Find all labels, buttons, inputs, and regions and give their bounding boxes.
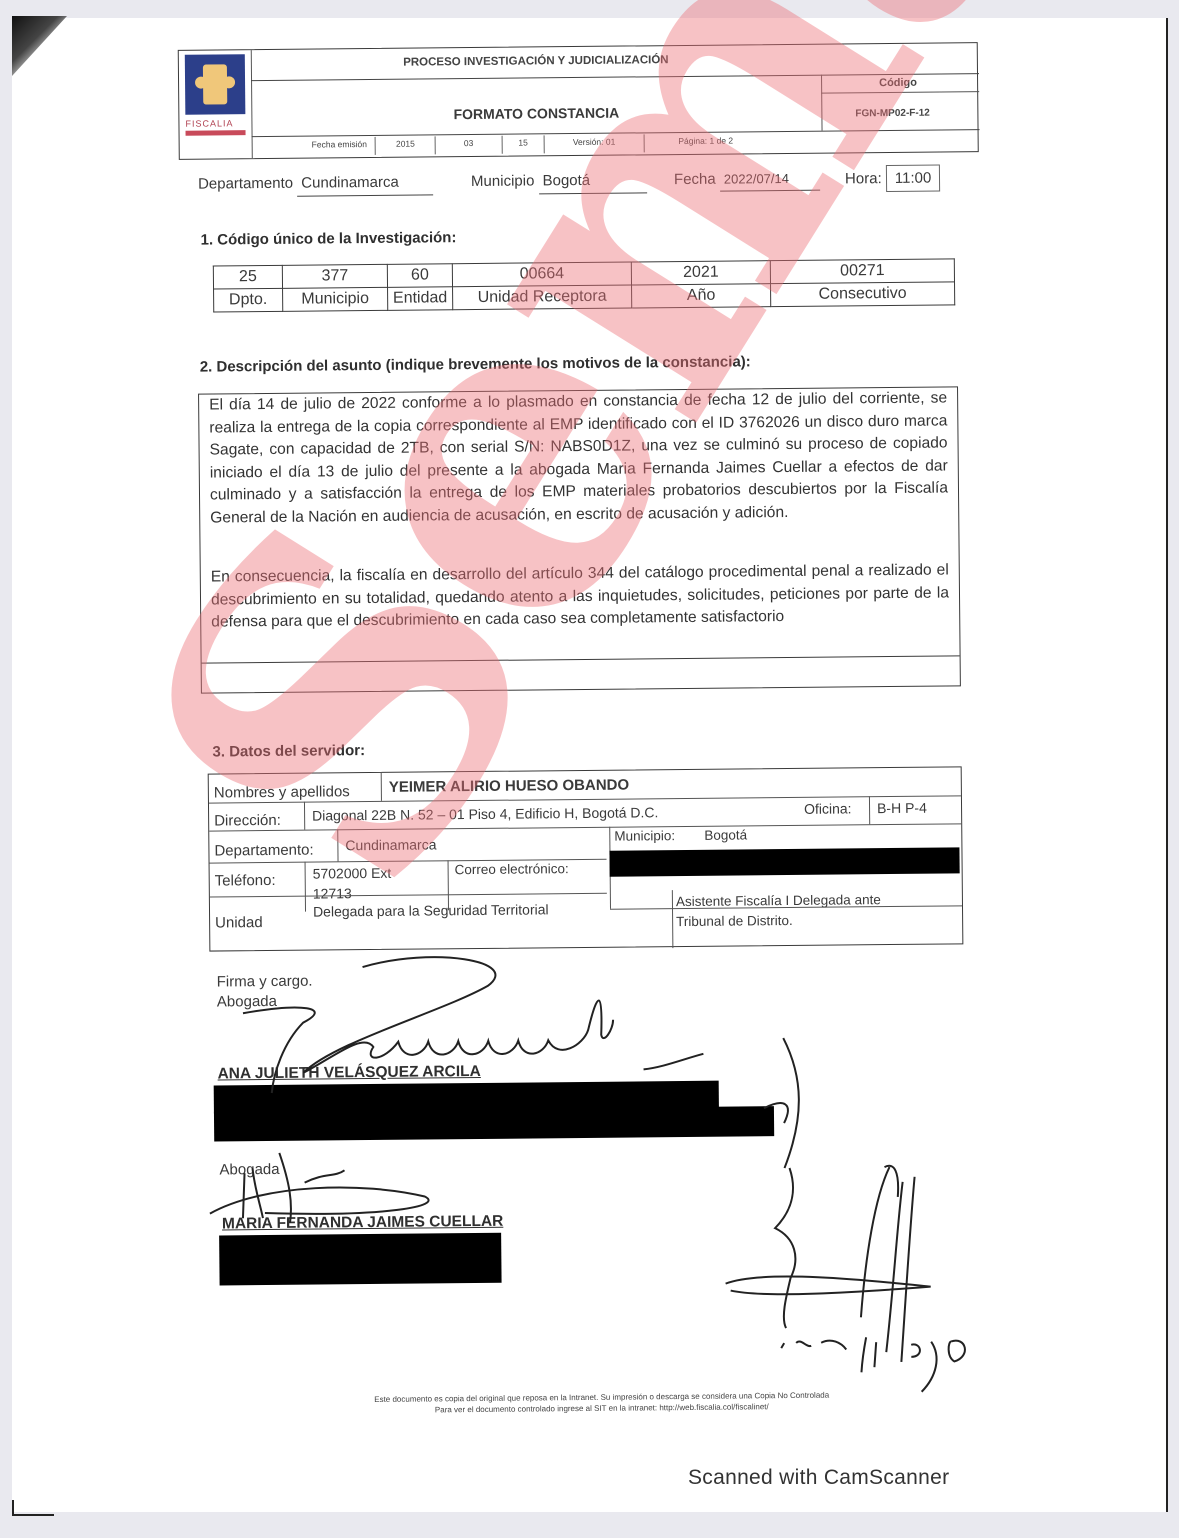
document: FISCALIA PROCESO INVESTIGACIÓN Y JUDICIA…: [0, 0, 1179, 1538]
handwritten-signatures: [0, 0, 1179, 1538]
scanner-label: Scanned with CamScanner: [688, 1466, 949, 1490]
